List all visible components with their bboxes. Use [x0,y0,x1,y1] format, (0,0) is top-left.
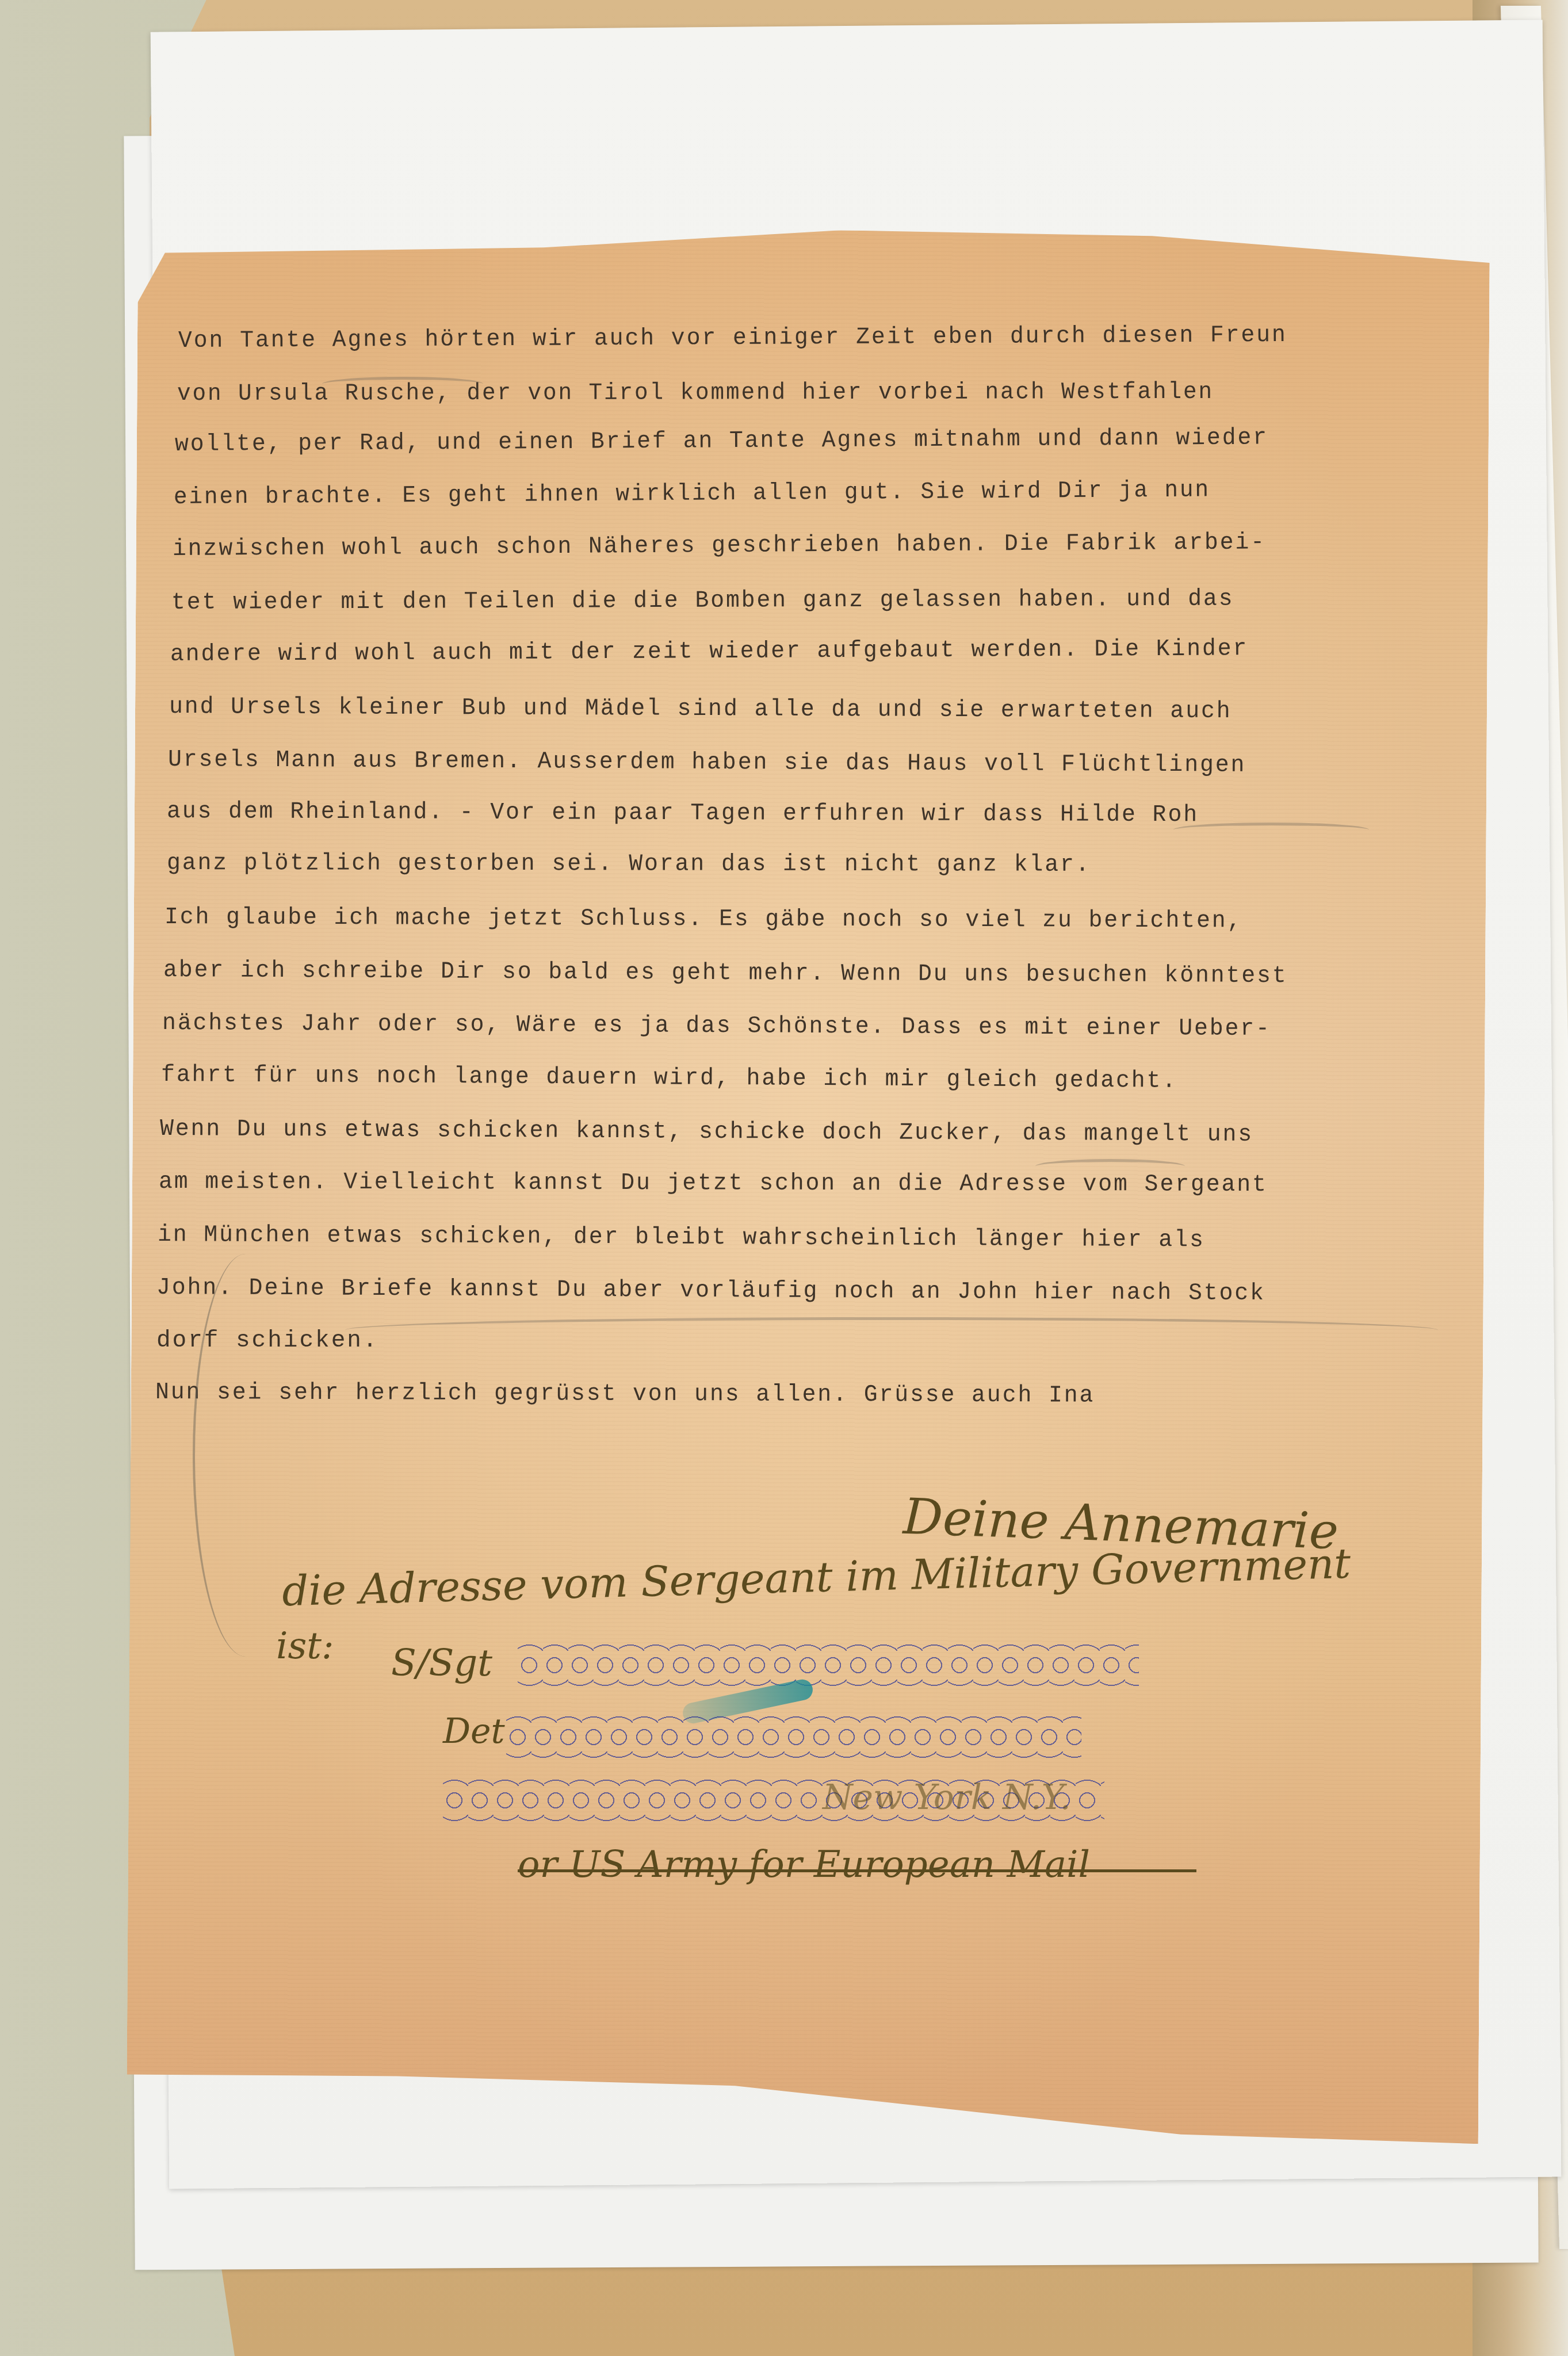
address-visible-fragment: Det [443,1711,505,1751]
address-scribble-out [518,1639,1139,1691]
pencil-underline [322,377,483,391]
struck-handwritten-line: or US Army for European Mail [518,1844,1090,1886]
strikethrough-line [518,1869,1196,1872]
address-visible-fragment: New York N.Y. [823,1777,1071,1818]
typed-line: tet wieder mit den Teilen die die Bomben… [171,586,1234,616]
handwritten-note-prefix: ist: [276,1625,334,1667]
typed-line: andere wird wohl auch mit der zeit wiede… [170,636,1249,668]
typed-line: Ursels Mann aus Bremen. Ausserdem haben … [168,747,1246,779]
typed-line: Ich glaube ich mache jetzt Schluss. Es g… [165,904,1242,935]
address-scribble-out [506,1711,1081,1763]
typed-line: und Ursels kleiner Bub und Mädel sind al… [169,694,1232,725]
pencil-wavy-line [345,1317,1438,1343]
typed-line: ganz plötzlich gestorben sei. Woran das … [167,850,1091,878]
pencil-underline [1035,1159,1185,1173]
typed-line: aus dem Rheinland. - Vor ein paar Tagen … [167,798,1199,828]
typed-line: in München etwas schicken, der bleibt wa… [158,1222,1205,1254]
address-visible-fragment: S/Sgt [391,1642,492,1685]
pencil-underline [1173,823,1369,837]
